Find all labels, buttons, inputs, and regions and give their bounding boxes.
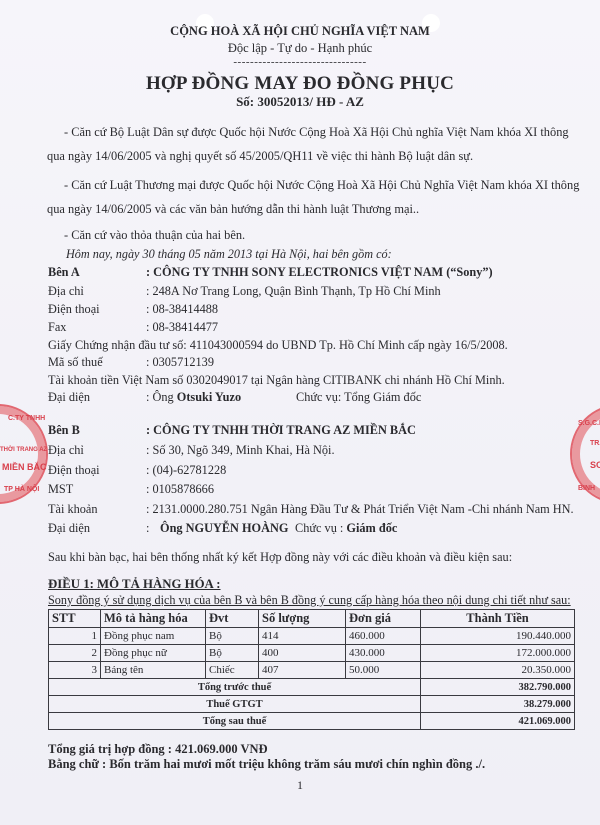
party-a-phone-label: Điện thoại: [48, 302, 100, 317]
motto: Độc lập - Tự do - Hạnh phúc: [0, 41, 600, 56]
table-row: 2 Đồng phục nữ Bộ 400 430.000 172.000.00…: [49, 645, 575, 662]
party-a-fax: : 08-38414477: [146, 320, 218, 335]
party-b-phone-label: Điện thoại: [48, 463, 100, 478]
party-b-phone: : (04)-62781228: [146, 463, 226, 478]
col-amount: Thành Tiền: [421, 610, 575, 628]
goods-table: STT Mô tả hàng hóa Đvt Số lượng Đơn giá …: [48, 609, 575, 730]
party-a-label: Bên A: [48, 265, 80, 280]
party-a-tax-label: Mã số thuế: [48, 355, 103, 370]
col-description: Mô tả hàng hóa: [101, 610, 206, 628]
table-header-row: STT Mô tả hàng hóa Đvt Số lượng Đơn giá …: [49, 610, 575, 628]
contract-page: CỘNG HOÀ XÃ HỘI CHỦ NGHĨA VIỆT NAM Độc l…: [0, 0, 600, 825]
party-a-tax: : 0305712139: [146, 355, 214, 370]
basis-2-line1: - Căn cứ Luật Thương mại được Quốc hội N…: [64, 178, 579, 193]
page-number: 1: [0, 778, 600, 793]
basis-2-line2: qua ngày 14/06/2005 và các văn bản hướng…: [47, 202, 419, 217]
party-b-address-label: Địa chỉ: [48, 443, 84, 458]
party-a-address: : 248A Nơ Trang Long, Quận Bình Thạnh, T…: [146, 284, 441, 299]
basis-1-line2: qua ngày 14/06/2005 và nghị quyết số 45/…: [47, 149, 473, 164]
party-a-fax-label: Fax: [48, 320, 66, 335]
party-b-position: Chức vụ : Giám đốc: [295, 521, 397, 536]
basis-1-line1: - Căn cứ Bộ Luật Dân sự được Quốc hội Nư…: [64, 125, 569, 140]
party-a-phone: : 08-38414488: [146, 302, 218, 317]
vat-row: Thuế GTGT 38.279.000: [49, 696, 575, 713]
article-1-intro: Sony đồng ý sử dụng dịch vụ của bên B và…: [48, 593, 571, 608]
agreement-line: Sau khi bàn bạc, hai bên thống nhất ký k…: [48, 550, 512, 565]
party-a-investment-cert: Giấy Chứng nhận đầu tư số: 411043000594 …: [48, 338, 508, 353]
document-title: HỢP ĐỒNG MAY ĐO ĐỒNG PHỤC: [0, 73, 600, 95]
contract-value: Tổng giá trị hợp đồng : 421.069.000 VNĐ: [48, 742, 268, 757]
col-quantity: Số lượng: [259, 610, 346, 628]
nation-heading: CỘNG HOÀ XÃ HỘI CHỦ NGHĨA VIỆT NAM: [0, 24, 600, 39]
col-unit: Đvt: [206, 610, 259, 628]
party-a-representative: : Ông Otsuki Yuzo: [146, 390, 241, 405]
party-b-rep-label: Đại diện: [48, 521, 90, 536]
party-b-tax: : 0105878666: [146, 482, 214, 497]
stamp-text: BINH: [578, 485, 595, 492]
party-b-rep-name: Ông NGUYỄN HOÀNG: [160, 521, 288, 536]
stamp-text: C.TY TNHH: [8, 415, 45, 422]
party-a-position: Chức vụ: Tổng Giám đốc: [296, 390, 421, 405]
document-number: Số: 30052013/ HĐ - AZ: [0, 94, 600, 110]
party-b-account-label: Tài khoản: [48, 502, 98, 517]
party-b-account: : 2131.0000.280.751 Ngân Hàng Đầu Tư & P…: [146, 502, 574, 517]
stamp-text: THỜI TRANG AZ: [0, 447, 47, 453]
stamp-text: S.G.C.N: [578, 420, 600, 427]
party-b-tax-label: MST: [48, 482, 73, 497]
grand-total-row: Tổng sau thuế 421.069.000: [49, 713, 575, 730]
article-1-heading: ĐIỀU 1: MÔ TẢ HÀNG HÓA :: [48, 577, 221, 592]
basis-3: - Căn cứ vào thỏa thuận của hai bên.: [64, 228, 245, 243]
party-a-bank-account: Tài khoản tiền Việt Nam số 0302049017 tạ…: [48, 373, 505, 388]
col-unit-price: Đơn giá: [346, 610, 421, 628]
stamp-text: SO: [590, 460, 600, 470]
party-a-address-label: Địa chỉ: [48, 284, 84, 299]
party-a-rep-name: Otsuki Yuzo: [177, 390, 241, 404]
party-b-rep-colon: :: [146, 521, 149, 536]
stamp-text: MIỀN BẮC: [2, 462, 47, 472]
party-b-label: Bên B: [48, 423, 80, 438]
party-b-address: : Số 30, Ngõ 349, Minh Khai, Hà Nội.: [146, 443, 335, 458]
col-stt: STT: [49, 610, 101, 628]
table-row: 1 Đồng phục nam Bộ 414 460.000 190.440.0…: [49, 628, 575, 645]
date-line: Hôm nay, ngày 30 tháng 05 năm 2013 tại H…: [66, 247, 392, 262]
separator: --------------------------------: [0, 56, 600, 68]
amount-in-words: Bằng chữ : Bốn trăm hai mươi mốt triệu k…: [48, 757, 485, 772]
party-a-name: : CÔNG TY TNHH SONY ELECTRONICS VIỆT NAM…: [146, 265, 493, 280]
stamp-text: TRA: [590, 440, 600, 447]
subtotal-row: Tổng trước thuế 382.790.000: [49, 679, 575, 696]
party-a-rep-label: Đại diện: [48, 390, 90, 405]
stamp-text: TP HÀ NỘI: [4, 486, 39, 493]
party-b-name: : CÔNG TY TNHH THỜI TRANG AZ MIỀN BẮC: [146, 423, 416, 438]
table-row: 3 Bảng tên Chiếc 407 50.000 20.350.000: [49, 662, 575, 679]
